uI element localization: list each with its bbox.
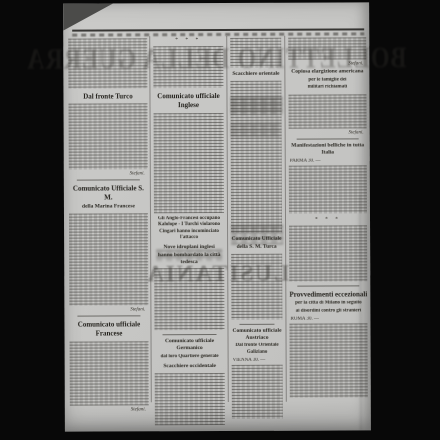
article-text — [68, 38, 147, 88]
heading-copiosa-elargizione-3: militari richiamati — [288, 85, 366, 92]
article-text — [288, 94, 366, 128]
heading-comunicato-inglese: Comunicato ufficiale — [152, 92, 224, 101]
newspaper-page: BOLLETTINO DELLA GUERRA LUSITANIA Dal fr… — [63, 2, 371, 431]
article-text — [289, 225, 367, 281]
heading-copiosa-elargizione-2: per le famiglie dei — [288, 77, 366, 84]
section-rule — [297, 285, 359, 286]
heading-dal-fronte-turco: Dal fronte Turco — [67, 92, 148, 101]
article-text — [70, 341, 149, 405]
heading-provvedimenti-2: per la città di Milano in seguito — [289, 300, 367, 307]
section-rule — [163, 334, 217, 335]
section-rule — [239, 323, 274, 324]
heading-provvedimenti-3: ai disordini contro gli stranieri — [289, 308, 367, 315]
heading-idroplani: Nove idroplani inglesi — [153, 244, 225, 251]
article-text — [230, 38, 281, 68]
article-text — [289, 165, 367, 213]
article-text — [154, 268, 224, 330]
heading-comunicato-germanico: Comunicato ufficiale Germanico — [154, 338, 226, 352]
column-3: Scacchiere orientale Comunicato Ufficial… — [229, 36, 284, 422]
heading-comunicato-turca: Comunicato Ufficiale — [230, 236, 283, 243]
heading-provvedimenti: Provvedimenti eccezionali — [288, 290, 368, 299]
dateline-roma: ROMA 30. — — [290, 316, 368, 321]
column-separator — [149, 36, 152, 402]
stars-separator: * * * — [152, 37, 224, 43]
article-text — [289, 323, 367, 397]
heading-marina-francese: Comunicato Ufficiale S. M. — [68, 185, 149, 202]
stars-separator: * * * — [288, 216, 368, 222]
dateline-parma: PARMA 30. — — [290, 158, 368, 163]
heading-marina-francese-2: della Marina Francese — [68, 203, 149, 210]
heading-idroplani-2: hanno bombardato la città tedesca — [153, 252, 225, 266]
heading-copiosa-elargizione: Copiosa elargizione americana — [287, 68, 367, 75]
heading-comunicato-turca-2: della S. M. Turca — [230, 243, 283, 250]
section-rule — [297, 138, 359, 139]
article-text — [231, 253, 282, 319]
heading-comunicato-germanico-2: dal loro Quartiere generale — [155, 354, 225, 361]
section-rule — [77, 180, 140, 181]
torn-corner-fold — [63, 3, 113, 30]
article-text — [69, 213, 148, 305]
column-4: Stefani. Copiosa elargizione americana p… — [287, 35, 369, 399]
heading-comunicato-inglese-2: Inglese — [152, 101, 224, 110]
heading-manifestazioni-belliche: Manifestazioni belliche in tutta Italia — [288, 142, 368, 156]
signature-stefani: Stefani. — [288, 130, 364, 135]
article-text — [230, 81, 282, 233]
heading-anglo-francesi: Gli Anglo-Francesi occupano Kalolope - I… — [154, 216, 224, 242]
column-separator — [284, 36, 287, 402]
paper-bottom-shadow — [65, 400, 371, 431]
heading-comunicato-francese-2: Francese — [68, 330, 149, 339]
dateline-vienna: VIENNA 30. — — [233, 358, 284, 363]
masthead-rule — [72, 28, 364, 31]
article-text — [69, 104, 148, 170]
column-separator — [226, 36, 229, 402]
signature-stefani: Stefani. — [287, 61, 363, 66]
heading-comunicato-austriaco-2: Dal fronte Orientale Galiziano — [232, 343, 283, 356]
heading-scacchiere-occidentale: Scacchiere occidentale — [154, 363, 226, 370]
scan-background: BOLLETTINO DELLA GUERRA LUSITANIA Dal fr… — [0, 0, 440, 440]
article-text — [154, 113, 224, 213]
signature-stefani: Stefani. — [68, 307, 145, 312]
column-2: * * * Comunicato ufficiale Inglese Gli A… — [152, 36, 226, 427]
heading-comunicato-austriaco: Comunicato ufficiale Austriaco — [230, 327, 283, 341]
article-text — [288, 37, 366, 59]
heading-comunicato-francese: Comunicato ufficiale — [68, 320, 149, 329]
signature-stefani: Stefani. — [68, 172, 145, 177]
column-1: Dal fronte Turco Stefani. Comunicato Uff… — [67, 36, 150, 413]
heading-scacchiere-orientale: Scacchiere orientale — [229, 71, 282, 78]
article-text — [153, 46, 223, 88]
section-rule — [77, 315, 140, 316]
